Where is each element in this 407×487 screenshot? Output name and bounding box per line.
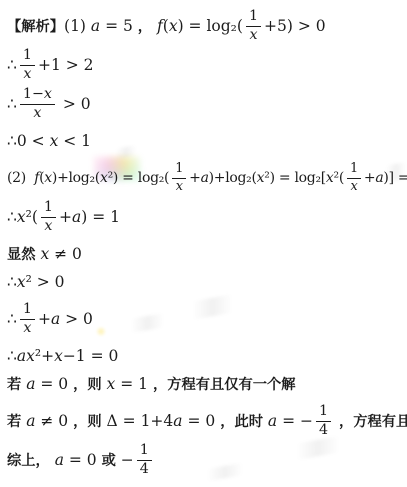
line-9-fraction-positive: ∴1x+a > 0 <box>7 300 403 338</box>
cjk-text: ，方程有且仅有一个解 <box>339 411 407 431</box>
math-text: = − <box>277 412 313 430</box>
line-1-part1-given: 【解析】(1) a = 5 ， f(x) = log₂(1x+5) > 0 <box>7 7 403 45</box>
cjk-text: ，则 <box>73 411 102 431</box>
fraction: 14 <box>316 404 331 439</box>
math-text: = 1 <box>115 375 153 393</box>
math-text: )] = 0 <box>383 170 407 186</box>
fraction: 1x <box>20 302 35 337</box>
math-text: +5) > 0 <box>264 17 326 35</box>
math-text: ∴ <box>7 347 17 365</box>
fraction-numerator: 1 <box>20 302 35 320</box>
math-text: 4 <box>140 462 149 478</box>
fraction: 1x <box>41 200 56 235</box>
math-variable: a <box>55 451 64 469</box>
cjk-text: ，此时 <box>220 411 263 431</box>
math-text: + <box>59 208 72 226</box>
math-text: ≠ 0 <box>49 245 82 263</box>
math-variable: x <box>23 67 31 83</box>
math-text: )+log₂( <box>52 170 100 186</box>
fraction-denominator: x <box>246 27 260 44</box>
line-6-simplified: ∴x²(1x+a) = 1 <box>7 198 403 236</box>
math-variable: x <box>50 132 59 150</box>
math-text: ∴ <box>7 208 17 226</box>
math-text: 1 <box>350 162 358 176</box>
math-text: 1 <box>319 404 328 420</box>
fraction-denominator: 4 <box>316 422 331 439</box>
cjk-text: ，则 <box>73 374 102 394</box>
cjk-text: 综上， <box>7 450 50 470</box>
math-text: 1 <box>23 302 32 318</box>
math-text: 1 <box>23 48 32 64</box>
math-text: +1 > 2 <box>38 56 94 74</box>
fraction: 1x <box>172 162 186 194</box>
line-2-inequality: ∴1x+1 > 2 <box>7 46 403 84</box>
cjk-text: 【解析】 <box>7 16 64 36</box>
cjk-text: 或 <box>102 450 116 470</box>
math-text: ²( <box>26 208 38 226</box>
math-variable: a <box>26 412 35 430</box>
fraction-denominator: x <box>347 179 360 194</box>
math-text: ) = 1 <box>81 208 120 226</box>
line-4-solution-interval: ∴0 < x < 1 <box>7 131 403 151</box>
math-variable: x <box>326 170 334 186</box>
solution-document: 【解析】(1) a = 5 ， f(x) = log₂(1x+5) > 0∴1x… <box>0 0 407 487</box>
math-text: 1 <box>175 162 183 176</box>
fraction-denominator: 4 <box>137 461 152 478</box>
math-variable: x <box>249 28 257 44</box>
math-text: + <box>364 170 375 186</box>
math-variable: x <box>23 321 31 337</box>
math-variable: x <box>169 17 178 35</box>
cjk-text: 若 <box>7 411 21 431</box>
fraction-denominator: x <box>20 320 34 337</box>
math-text: 1− <box>23 87 44 103</box>
math-text: 4 <box>319 423 328 439</box>
math-text: ²) = log₂( <box>108 170 170 186</box>
fraction-denominator: x <box>30 105 44 122</box>
math-text: ∴ <box>7 273 17 291</box>
math-variable: x <box>40 245 49 263</box>
math-variable: x <box>44 170 52 186</box>
fraction-numerator: 1 <box>316 404 331 422</box>
fraction-denominator: x <box>20 66 34 83</box>
line-5-part2-equation: (2) f(x)+log₂(x²) = log₂(1x+a)+log₂(x²) … <box>7 159 403 197</box>
fraction-denominator: x <box>41 218 55 235</box>
math-text: ∴ <box>7 95 17 113</box>
fraction: 1x <box>347 162 361 194</box>
math-variable: x <box>257 170 265 186</box>
math-text: ²) = log₂[ <box>264 170 326 186</box>
math-variable: a <box>91 17 100 35</box>
math-text: = 5 <box>100 17 138 35</box>
math-variable: x <box>17 208 26 226</box>
math-text: ²+ <box>35 347 54 365</box>
fraction-numerator: 1 <box>347 162 361 178</box>
math-text: −1 = 0 <box>63 347 119 365</box>
line-11-case-a-zero: 若 a = 0 ，则 x = 1 ，方程有且仅有一个解 <box>7 374 403 394</box>
math-text: 1 <box>44 200 53 216</box>
fraction: 14 <box>137 443 152 478</box>
math-text: ∴ <box>7 310 17 328</box>
math-text: > 0 <box>58 95 91 113</box>
math-text: = 0 <box>64 451 102 469</box>
fraction-numerator: 1 <box>172 162 186 178</box>
fraction: 1x <box>246 9 261 44</box>
fraction-numerator: 1 <box>137 443 152 461</box>
cjk-text: 显然 <box>7 244 36 264</box>
line-7-x-nonzero: 显然 x ≠ 0 <box>7 244 403 264</box>
math-variable: x <box>107 375 116 393</box>
math-text: ) = log₂( <box>178 17 243 35</box>
line-8-x-squared-positive: ∴x² > 0 <box>7 272 403 292</box>
math-variable: x <box>17 273 26 291</box>
line-3-fraction-inequality: ∴1−xx > 0 <box>7 85 403 123</box>
math-text: < 1 <box>58 132 91 150</box>
fraction-numerator: 1 <box>20 48 35 66</box>
cjk-text: 若 <box>7 374 21 394</box>
math-text: ² > 0 <box>26 273 65 291</box>
math-variable: x <box>54 347 63 365</box>
math-text: ∴ <box>7 56 17 74</box>
math-variable: x <box>44 87 52 103</box>
fraction: 1−xx <box>20 87 55 122</box>
math-text: + <box>189 170 200 186</box>
math-variable: x <box>176 180 183 194</box>
math-variable: a <box>375 170 383 186</box>
fraction: 1x <box>20 48 35 83</box>
math-text: ∴0 < <box>7 132 50 150</box>
math-variable: a <box>268 412 277 430</box>
math-variable: x <box>33 106 41 122</box>
math-variable: a <box>72 208 81 226</box>
math-text: (1) <box>64 17 91 35</box>
line-12-case-a-nonzero: 若 a ≠ 0 ，则 Δ = 1+4a = 0 ，此时 a = −14 ，方程有… <box>7 402 403 440</box>
math-variable: a <box>201 170 209 186</box>
math-text: 1 <box>249 9 258 25</box>
math-text: Δ = 1+4 <box>102 412 174 430</box>
math-variable: ax <box>17 347 35 365</box>
math-variable: x <box>350 180 357 194</box>
fraction-denominator: x <box>173 179 186 194</box>
fraction-numerator: 1 <box>41 200 56 218</box>
math-variable: x <box>100 170 108 186</box>
math-text: − <box>116 451 134 469</box>
math-variable: a <box>173 412 182 430</box>
math-text: )+log₂( <box>209 170 257 186</box>
math-variable: a <box>51 310 60 328</box>
math-text: = 0 <box>183 412 221 430</box>
math-text: ²( <box>334 170 344 186</box>
math-text: + <box>38 310 51 328</box>
fraction-numerator: 1 <box>246 9 261 27</box>
math-variable: a <box>26 375 35 393</box>
line-10-quadratic: ∴ax²+x−1 = 0 <box>7 346 403 366</box>
line-13-conclusion: 综上， a = 0 或 −14 <box>7 441 403 479</box>
math-variable: x <box>44 219 52 235</box>
math-text: (2) <box>7 170 34 186</box>
fraction-numerator: 1−x <box>20 87 55 105</box>
math-text: > 0 <box>60 310 93 328</box>
cjk-text: ， <box>138 16 152 36</box>
cjk-text: ，方程有且仅有一个解 <box>153 374 296 394</box>
math-text: ≠ 0 <box>35 412 73 430</box>
math-text: 1 <box>140 443 149 459</box>
math-text: = 0 <box>35 375 73 393</box>
